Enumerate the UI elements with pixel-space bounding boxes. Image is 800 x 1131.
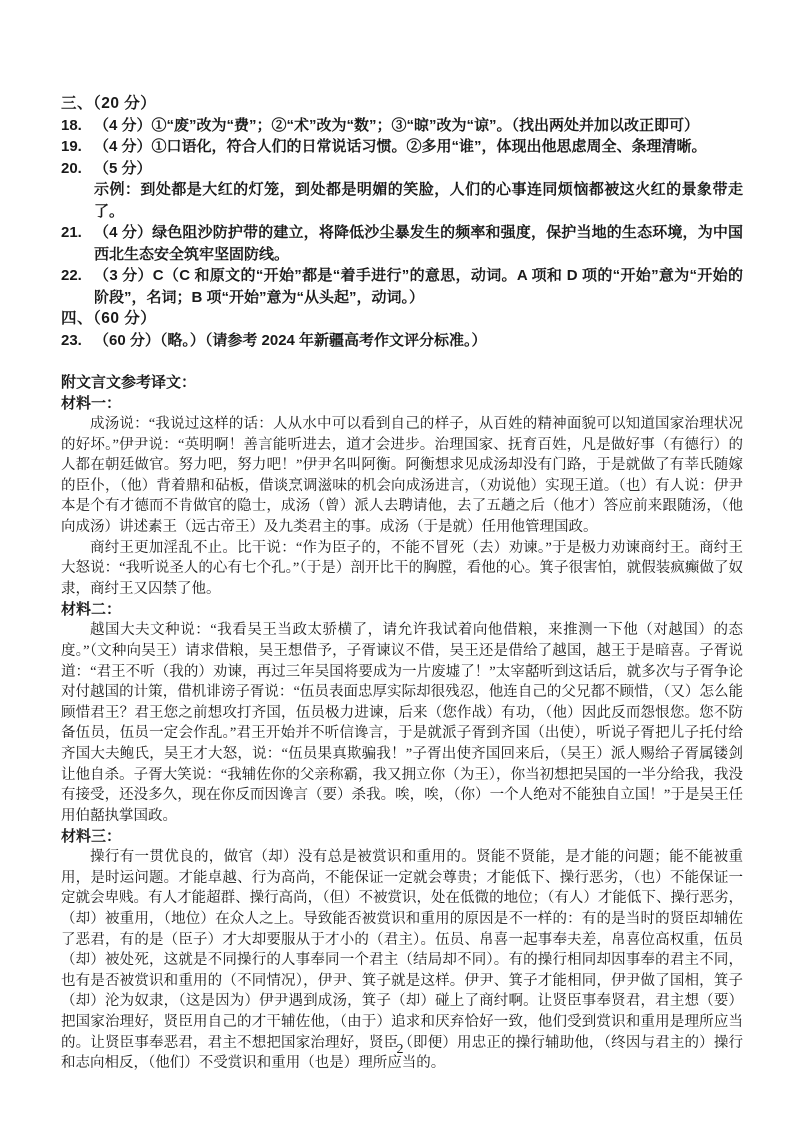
answer-item-18: 18. （4 分）①“废”改为“费”；②“术”改为“数”；③“晾”改为“谅”。（… xyxy=(61,115,743,137)
translation-title: 附文言文参考译文： xyxy=(61,372,743,393)
section-three-heading: 三、（20 分） xyxy=(61,93,743,115)
answer-number: 20. xyxy=(61,158,82,180)
material-3-paragraph-1: 操行有一贯优良的，做官（却）没有总是被赏识和重用的。贤能不贤能，是才能的问题；能… xyxy=(61,847,743,1074)
answer-number: 19. xyxy=(61,136,82,158)
page-number: 2 xyxy=(0,1042,800,1058)
answer-number: 18. xyxy=(61,115,82,137)
answer-number: 21. xyxy=(61,222,82,244)
document-page: 三、（20 分） 18. （4 分）①“废”改为“费”；②“术”改为“数”；③“… xyxy=(0,0,800,1131)
answer-item-19: 19. （4 分）①口语化，符合人们的日常说话习惯。②多用“谁”，体现出他思虑周… xyxy=(61,136,743,158)
material-1-heading: 材料一： xyxy=(61,393,743,414)
answer-item-22: 22. （3 分）C（C 和原文的“开始”都是“着手进行”的意思，动词。A 项和… xyxy=(61,265,743,308)
material-2-paragraph-1: 越国大夫文种说：“我看吴王当政太骄横了，请允许我试着向他借粮，来推测一下他（对越… xyxy=(61,620,743,826)
section-four-heading: 四、（60 分） xyxy=(61,308,743,330)
answer-item-20-example: 示例：到处都是大红的灯笼，到处都是明媚的笑脸，人们的心事连同烦恼都被这火红的景象… xyxy=(61,179,743,222)
answer-text: （4 分）①“废”改为“费”；②“术”改为“数”；③“晾”改为“谅”。（找出两处… xyxy=(94,117,699,134)
material-1-paragraph-1: 成汤说：“我说过这样的话：人从水中可以看到自己的样子，从百姓的精神面貌可以知道国… xyxy=(61,414,743,538)
answer-number: 22. xyxy=(61,265,82,287)
answer-text: 示例：到处都是大红的灯笼，到处都是明媚的笑脸，人们的心事连同烦恼都被这火红的景象… xyxy=(94,181,743,220)
answer-text: （4 分）①口语化，符合人们的日常说话习惯。②多用“谁”，体现出他思虑周全、条理… xyxy=(94,138,707,155)
material-3-heading: 材料三： xyxy=(61,826,743,847)
answer-item-20: 20. （5 分） xyxy=(61,158,743,180)
page-content: 三、（20 分） 18. （4 分）①“废”改为“费”；②“术”改为“数”；③“… xyxy=(61,93,743,1074)
answer-number: 23. xyxy=(61,330,82,352)
material-1-paragraph-2: 商纣王更加淫乱不止。比干说：“作为臣子的，不能不冒死（去）劝谏。”于是极力劝谏商… xyxy=(61,538,743,600)
answer-text: （4 分）绿色阻沙防护带的建立，将降低沙尘暴发生的频率和强度，保护当地的生态环境… xyxy=(94,224,743,263)
answer-text: （5 分） xyxy=(94,160,152,177)
answer-text: （3 分）C（C 和原文的“开始”都是“着手进行”的意思，动词。A 项和 D 项… xyxy=(94,267,743,306)
material-2-heading: 材料二： xyxy=(61,599,743,620)
answer-item-23: 23. （60 分）（略。）（请参考 2024 年新疆高考作文评分标准。） xyxy=(61,330,743,352)
answer-text: （60 分）（略。）（请参考 2024 年新疆高考作文评分标准。） xyxy=(94,332,487,349)
answer-item-21: 21. （4 分）绿色阻沙防护带的建立，将降低沙尘暴发生的频率和强度，保护当地的… xyxy=(61,222,743,265)
